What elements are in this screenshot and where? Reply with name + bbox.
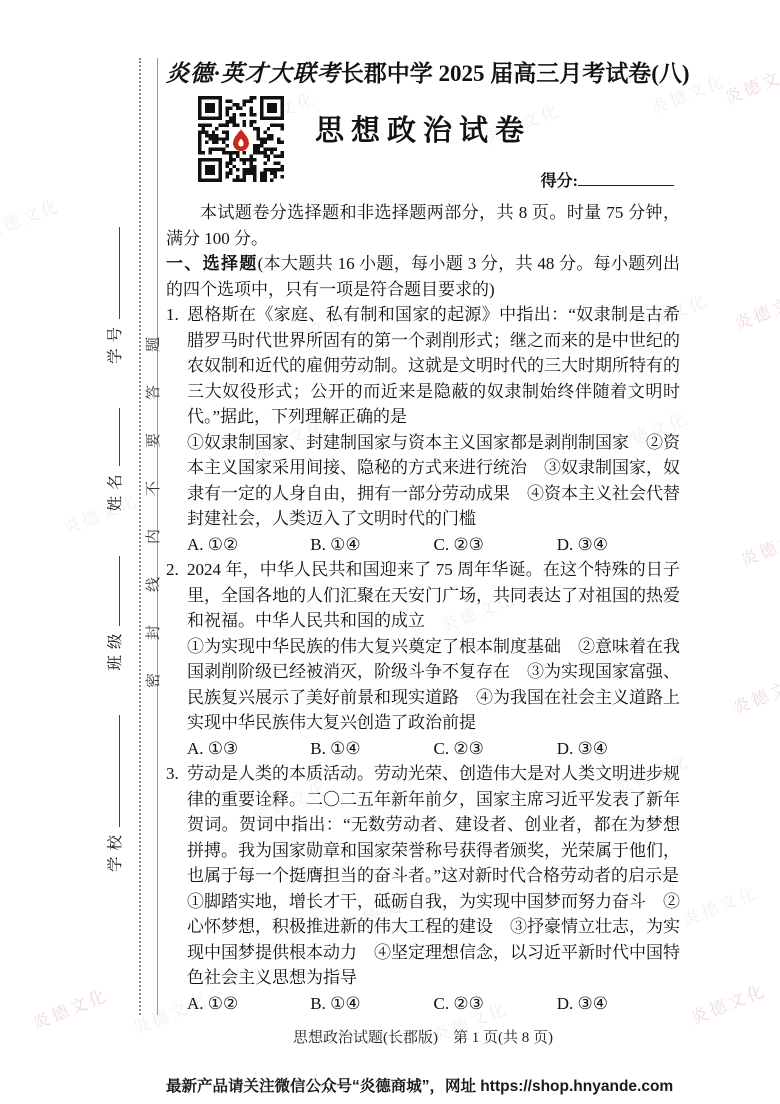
student-id-blank [104,227,121,319]
school-label: 学校 [107,829,124,872]
name-field: 姓名 [103,408,125,511]
class-label: 班级 [107,628,124,671]
question-3-items: ①脚踏实地，增长才干，砥砺自我，为实现中国梦而努力奋斗 ②心怀梦想，积极推进新的… [187,889,680,991]
question-1-items: ①奴隶制国家、封建制国家与资本主义国家都是剥削制国家 ②资本主义国家采用间接、隐… [187,430,680,532]
choice-c: C. ②③ [434,991,557,1017]
class-blank [104,556,121,626]
qr-code [198,96,284,182]
choice-b: B. ①④ [310,532,433,558]
watermark-text: 炎德文化 [0,191,64,244]
watermark-text: 炎德文化 [686,976,770,1029]
choice-d: D. ③④ [557,532,680,558]
question-2: 2. 2024 年，中华人民共和国迎来了 75 周年华诞。在这个特殊的日子里，全… [166,557,680,761]
watermark-text: 炎德文化 [28,981,112,1034]
choice-c: C. ②③ [434,532,557,558]
score-line: 得分: [541,169,674,195]
watermark-text: 炎德文化 [728,666,780,719]
question-2-choices: A. ①③ B. ①④ C. ②③ D. ③④ [187,736,680,762]
school-field: 学校 [103,715,125,872]
watermark-text: 炎德文化 [730,282,780,335]
watermark-text: 炎德文化 [678,878,762,931]
header-row: 思想政治试卷 得分: [166,90,680,194]
student-info-fields: 学校 班级 姓名 学号 [103,227,125,872]
question-1-stem: 恩格斯在《家庭、私有制和国家的起源》中指出：“奴隶制是古希腊罗马时代世界所固有的… [187,302,680,430]
question-1-number: 1. [166,302,179,328]
section-label: 一、选择题 [166,254,258,273]
choice-b: B. ①④ [310,736,433,762]
choice-b: B. ①④ [310,991,433,1017]
score-blank [578,169,674,186]
question-3-stem: 劳动是人类的本质活动。劳动光荣、创造伟大是对人类文明进步规律的重要诠释。二〇二五… [187,761,680,889]
question-1-choices: A. ①② B. ①④ C. ②③ D. ③④ [187,532,680,558]
exam-paper-page: 炎德文化 炎德文化 炎德文化 炎德文化 炎德文化 炎德文化 炎德文化 炎德文化 … [0,0,780,1104]
score-label: 得分: [541,173,578,190]
student-id-label: 学号 [107,321,124,364]
exam-content: 炎德·英才大联考长郡中学 2025 届高三月考试卷(八) 思想政治试卷 得分: … [166,0,680,1016]
question-3-number: 3. [166,761,179,787]
exam-instructions: 本试题卷分选择题和非选择题两部分，共 8 页。时量 75 分钟，满分 100 分… [166,200,680,251]
class-field: 班级 [103,556,125,671]
choice-c: C. ②③ [434,736,557,762]
choice-a: A. ①② [187,532,310,558]
exam-title: 炎德·英才大联考长郡中学 2025 届高三月考试卷(八) [166,58,680,90]
question-3-choices: A. ①② B. ①④ C. ②③ D. ③④ [187,991,680,1017]
promo-line: 最新产品请关注微信公众号“炎德商城”，网址 https://shop.hnyan… [166,1074,673,1096]
seal-notice: 密封线内不要答题 [142,296,163,688]
exam-title-brand: 炎德·英才大联考 [166,61,341,86]
school-blank [104,715,121,827]
question-2-number: 2. [166,557,179,583]
watermark-text: 炎德文化 [720,56,780,109]
choice-a: A. ①③ [187,736,310,762]
name-blank [104,408,121,466]
name-label: 姓名 [107,468,124,511]
page-footer: 思想政治试题(长郡版) 第 1 页(共 8 页) [166,1026,680,1047]
seal-dashed-line [139,58,141,1015]
question-1: 1. 恩格斯在《家庭、私有制和国家的起源》中指出：“奴隶制是古希腊罗马时代世界所… [166,302,680,557]
choice-a: A. ①② [187,991,310,1017]
section-heading: 一、选择题(本大题共 16 小题，每小题 3 分，共 48 分。每小题列出的四个… [166,251,680,302]
question-3: 3. 劳动是人类的本质活动。劳动光荣、创造伟大是对人类文明进步规律的重要诠释。二… [166,761,680,1016]
student-id-field: 学号 [103,227,125,364]
watermark-text: 炎德文化 [58,486,142,539]
question-2-items: ①为实现中华民族的伟大复兴奠定了根本制度基础 ②意味着在我国剥削阶级已经被消灭，… [187,634,680,736]
exam-title-rest: 长郡中学 2025 届高三月考试卷(八) [341,61,690,86]
watermark-text: 炎德文化 [736,518,780,571]
question-2-stem: 2024 年，中华人民共和国迎来了 75 周年华诞。在这个特殊的日子里，全国各地… [187,557,680,634]
choice-d: D. ③④ [557,991,680,1017]
choice-d: D. ③④ [557,736,680,762]
